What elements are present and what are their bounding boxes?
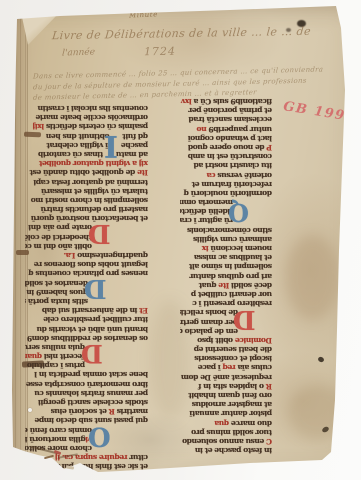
manuscript-text-line: obiit año dni m cccc (25, 242, 148, 251)
manuscript-text-line: xij a viginti quatuor quolibet (25, 159, 148, 168)
manuscript-text-line: couentus ihs nicolai ī crastin (25, 104, 148, 113)
manuscript-text-line: ecclesiam sanctā trad (180, 115, 272, 124)
illuminated-initial: O (88, 423, 111, 449)
manuscript-text-line: orientē versus ca (180, 171, 272, 180)
illuminated-initial: D (81, 341, 103, 366)
manuscript-text-line: C ensu annuo soluendo (180, 437, 272, 446)
manuscript-text-line: branti unū albū et vicariis du (25, 325, 148, 334)
manuscript-text-line: memoria omniū (180, 198, 272, 207)
manuscript-text-line: in festo pasche et in (180, 446, 272, 455)
manuscript-text-line: dormitoriū nouiciorū q (180, 189, 272, 198)
manuscript-text-line: uor denarii cuilibet p (180, 290, 272, 299)
manuscript-text-line: requiescat amē De dom (180, 373, 272, 382)
manuscript-text-line: pistor dantur annuatī (180, 409, 272, 418)
manuscript-text-line: ad matu tinas cū cantorib (25, 150, 148, 159)
annotation-year: 1724 (144, 45, 176, 59)
manuscript-text-line: qui passi sunt sub decio impe (25, 416, 148, 425)
manuscript-text-line: martiris R et sociorū eius (25, 407, 148, 416)
damp-stain (288, 385, 348, 440)
annotation-year-label: l'année (62, 47, 96, 58)
manuscript-text-line: per manus fratris iohannis cu (25, 389, 148, 398)
parchment-page: Minute Livre de Délibérations de la vill… (0, 0, 361, 480)
manuscript-text-line: stino cōmemoracionis (180, 226, 272, 235)
manuscript-text-line: et laudibus ac missa (180, 253, 272, 262)
manuscript-text-line: de bonis relictis (180, 308, 272, 317)
manuscript-column-left: couentus ihs nicolai ī crastinordinacōis… (25, 104, 148, 472)
manuscript-text-line: stodis ecclesie sancti georgii (25, 398, 148, 407)
manuscript-text-line: bene sciat omnia predicta in l (25, 370, 148, 379)
manuscript-text-line: vigilia mortuorū in (25, 435, 148, 444)
damp-stain (285, 235, 340, 320)
manuscript-text-line: Et in die āniuersarii sui dab (25, 306, 148, 315)
manuscript-text-line: P de nouo opere quod (180, 143, 272, 152)
manuscript-text-line: per dnam gertrud (180, 318, 272, 327)
manuscript-text-line: R o lapidea sita in f (180, 382, 272, 391)
manuscript-text-line: legauit nobis duos florenos re (25, 260, 148, 269)
manuscript-text-line: cuius aīa req ī pace (180, 363, 272, 372)
illuminated-initial: Q (228, 200, 249, 224)
manuscript-text-line: ibro memoriarū conscripta esse (25, 380, 148, 389)
manuscript-text-line: sollempniis in choro nostri mo (25, 196, 148, 205)
manuscript-text-line: theoderici de colōia (25, 233, 148, 242)
manuscript-text-line: resbitero presenti ī c (180, 299, 272, 308)
illuminated-initial: D (233, 306, 256, 332)
manuscript-text-line: nasterii pro defunctis fratrū (25, 205, 148, 214)
manuscript-text-line: nouem leccionū ix (180, 244, 272, 253)
binding-thread (66, 465, 74, 469)
manuscript-column-right: ficationib9 suis Cū a lxv ijet primā por… (180, 97, 272, 455)
manuscript-text-line: animarū cum vigiliis (180, 235, 272, 244)
manuscript-text-line: duo marce qua (180, 419, 272, 428)
manuscript-text-line: tuor solidi minus pro (180, 428, 272, 437)
manuscript-text-line: refectoriū fratrum et (180, 180, 272, 189)
manuscript-text-line: Dominice obiit ipso (180, 336, 272, 345)
manuscript-text-line: constructū est in amb (180, 152, 272, 161)
annotation-minute: Minute (129, 10, 158, 19)
manuscript-text-line: omnis caro fenū et (25, 426, 148, 435)
manuscript-text-line: rū agitur ī cra (180, 216, 272, 225)
illuminated-initial: D (84, 275, 107, 301)
manuscript-text-line: die beati seuerini ep (180, 345, 272, 354)
manuscript-text-line: oro feni quam inhabit (180, 391, 272, 400)
manuscript-text-line: psalmis cū ceteris defūctis lxij (25, 122, 148, 131)
manuscript-text-line: qd fuit obtinuit dns hen (25, 132, 148, 141)
manuscript-text-line: sollempni in sūmo alt (180, 262, 272, 271)
photograph-background: Minute Livre de Délibérations de la vill… (0, 0, 361, 480)
manuscript-text-line: ordinacōis ecclie beate marie (25, 113, 148, 122)
manuscript-text-line: untur pauperib9 no (180, 125, 272, 134)
manuscript-text-line: terminū ad quatuor festa capi (25, 178, 148, 187)
manuscript-text-line: Ite de quolibet obitu dandū est (25, 168, 148, 177)
manuscript-text-line: itu claustri nostri ad (180, 161, 272, 170)
manuscript-text-line: em de palacio que (180, 327, 272, 336)
manuscript-text-line: ari pro quibus dantur (180, 272, 272, 281)
manuscript-text-line: et sic est finis hui9 partis p (25, 462, 148, 471)
manuscript-text-line: at magister arnoldus (180, 400, 272, 409)
manuscript-text-line: ficationib9 suis Cū a lxv ij (180, 97, 272, 106)
manuscript-text-line: tularia cū vigiliis et missarū (25, 187, 148, 196)
manuscript-text-line: orate pro aīa dni (25, 223, 148, 232)
manuscript-text-line: pasche ī vigilia celebrat (25, 141, 148, 150)
illuminated-initial: D (88, 220, 111, 246)
manuscript-text-line: lact p winando cognoī (180, 134, 272, 143)
manuscript-text-line: itur cuilibet presbitero cele (25, 315, 148, 324)
manuscript-text-line: decē solidi Ite quat (180, 281, 272, 290)
manuscript-text-line: et primā porcionē per (180, 106, 272, 115)
manuscript-text-line: quadringentesimo La. (25, 251, 148, 260)
illuminated-initial: I (104, 130, 118, 160)
